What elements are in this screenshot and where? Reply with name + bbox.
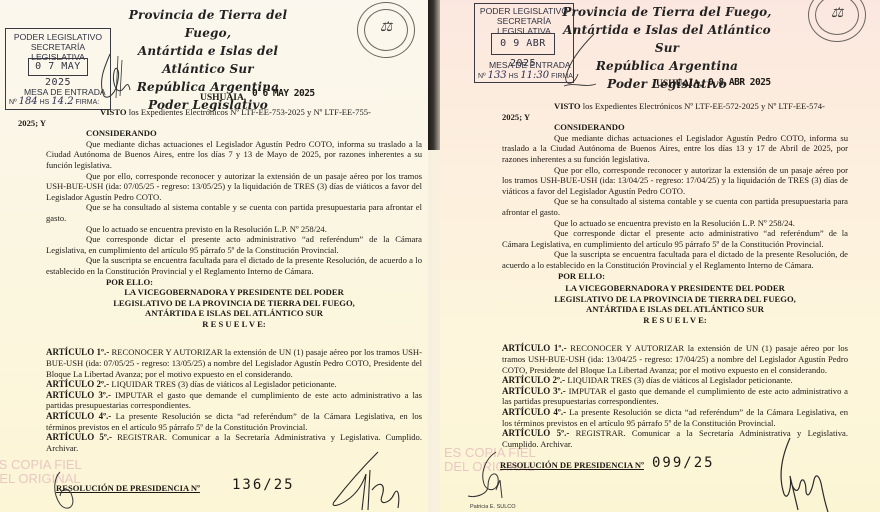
document-body: VISTO los Expedientes Electrónicos Nº LT… <box>502 101 848 449</box>
article-2: ARTÍCULO 2º.- LIQUIDAR TRES (3) días de … <box>46 379 422 390</box>
resolution-number: 136/25 <box>232 477 295 493</box>
considerando-paragraph: Que corresponde dictar el presente acto … <box>46 234 422 255</box>
city-label: USHUAIA, <box>656 79 702 89</box>
stamp-entry-time: 14.2 <box>51 96 73 107</box>
article-1: ARTÍCULO 1º.- RECONOCER Y AUTORIZAR la e… <box>46 347 422 379</box>
seal-emblem-icon: ⚖ <box>358 19 414 35</box>
document-date: 0 8 ABR 2025 <box>708 77 771 88</box>
stamp-mesa: MESA DE ENTRADA <box>489 60 571 70</box>
reception-stamp: PODER LEGISLATIVO SECRETARÍA LEGISLATIVA… <box>474 3 574 83</box>
considerando-paragraph: Que mediante dichas actuaciones el Legis… <box>502 133 848 165</box>
considerando-paragraph: Que lo actuado se encuentra previsto en … <box>46 224 422 235</box>
considerando-paragraph: Que lo actuado se encuentra previsto en … <box>502 218 848 229</box>
considerando-paragraph: Que la suscripta se encuentra facultada … <box>46 255 422 276</box>
secretary-signature <box>50 468 100 512</box>
resuelve-heading: R E S U E L V E: <box>502 315 848 326</box>
authority-line: LA VICEGOBERNADORA Y PRESIDENTE DEL PODE… <box>46 287 422 298</box>
stamp-date: 0 7 MAY 2025 <box>28 58 88 76</box>
stamp-entry-number: 184 <box>19 96 38 107</box>
por-ello: POR ELLO: <box>46 277 422 288</box>
article-4: ARTÍCULO 4º.- La presente Resolución se … <box>46 411 422 432</box>
resolution-document-136: PODER LEGISLATIVO SECRETARÍA LEGISLATIVA… <box>0 0 430 512</box>
article-2: ARTÍCULO 2º.- LIQUIDAR TRES (3) días de … <box>502 375 848 386</box>
resolution-number: 099/25 <box>652 455 715 471</box>
letterhead-line: Antártida e Islas del Atlántico Sur <box>108 42 308 78</box>
authority-line: ANTÁRTIDA E ISLAS DEL ATLÁNTICO SUR <box>46 308 422 319</box>
article-4: ARTÍCULO 4º.- La presente Resolución se … <box>502 407 848 428</box>
letterhead-line: Provincia de Tierra del Fuego, <box>562 3 772 21</box>
document-date: 0 6 MAY 2025 <box>252 88 315 99</box>
resolution-document-099: PODER LEGISLATIVO SECRETARÍA LEGISLATIVA… <box>440 0 880 512</box>
article-3: ARTÍCULO 3º.- IMPUTAR el gasto que deman… <box>46 390 422 411</box>
document-body: VISTO los Expedientes Electrónicos Nº LT… <box>46 107 422 453</box>
considerando-paragraph: Que la suscripta se encuentra facultada … <box>502 249 848 270</box>
considerando-paragraph: Que se ha consultado al sistema contable… <box>502 196 848 217</box>
stamp-entry-row: Nº 133 HS 11:30 FIRMA <box>478 70 573 81</box>
letterhead-line: República Argentina <box>562 57 772 75</box>
stamp-date: 0 9 ABR 2025 <box>491 33 555 55</box>
visto-continuation: 2025; Y <box>18 118 422 129</box>
secretary-signature <box>466 450 526 506</box>
considerando-title: CONSIDERANDO <box>46 128 422 139</box>
official-seal: ⚖ <box>357 2 415 58</box>
authority-line: LEGISLATIVO DE LA PROVINCIA DE TIERRA DE… <box>46 298 422 309</box>
authority-line: LEGISLATIVO DE LA PROVINCIA DE TIERRA DE… <box>502 294 848 305</box>
authority-line: LA VICEGOBERNADORA Y PRESIDENTE DEL PODE… <box>502 283 848 294</box>
considerando-paragraph: Que corresponde dictar el presente acto … <box>502 228 848 249</box>
president-signature <box>320 450 410 512</box>
stamp-line1: PODER LEGISLATIVO <box>475 6 573 16</box>
considerando-paragraph: Que mediante dichas actuaciones el Legis… <box>46 139 422 171</box>
signer-name: Patricia E. SULCO <box>470 504 516 510</box>
city-label: USHUAIA, <box>200 93 246 103</box>
president-signature <box>770 436 840 512</box>
article-3: ARTÍCULO 3º.- IMPUTAR el gasto que deman… <box>502 386 848 407</box>
considerando-paragraph: Que por ello, corresponde reconocer y au… <box>46 171 422 203</box>
considerando-paragraph: Que se ha consultado al sistema contable… <box>46 202 422 223</box>
resuelve-heading: R E S U E L V E: <box>46 319 422 330</box>
stamp-entry-number: 133 <box>488 70 507 81</box>
considerando-title: CONSIDERANDO <box>502 122 848 133</box>
por-ello: POR ELLO: <box>502 271 848 282</box>
stamp-line1: PODER LEGISLATIVO <box>6 32 110 42</box>
visto-continuation: 2025; Y <box>502 112 848 123</box>
stamp-entry-row: Nº 184 HS 14.2 FIRMA: <box>9 96 99 107</box>
visto-paragraph: VISTO los Expedientes Electrónicos Nº LT… <box>46 107 422 118</box>
seal-emblem-icon: ⚖ <box>809 5 865 21</box>
article-1: ARTÍCULO 1º.- RECONOCER Y AUTORIZAR la e… <box>502 343 848 375</box>
considerando-paragraph: Que por ello, corresponde reconocer y au… <box>502 165 848 197</box>
letterhead-line: Antártida e Islas del Atlántico Sur <box>562 21 772 57</box>
visto-paragraph: VISTO los Expedientes Electrónicos Nº LT… <box>502 101 848 112</box>
authority-line: ANTÁRTIDA E ISLAS DEL ATLÁNTICO SUR <box>502 304 848 315</box>
stamp-entry-time: 11:30 <box>520 70 549 81</box>
official-seal: ⚖ <box>808 0 866 42</box>
letterhead-line: Provincia de Tierra del Fuego, <box>108 6 308 42</box>
